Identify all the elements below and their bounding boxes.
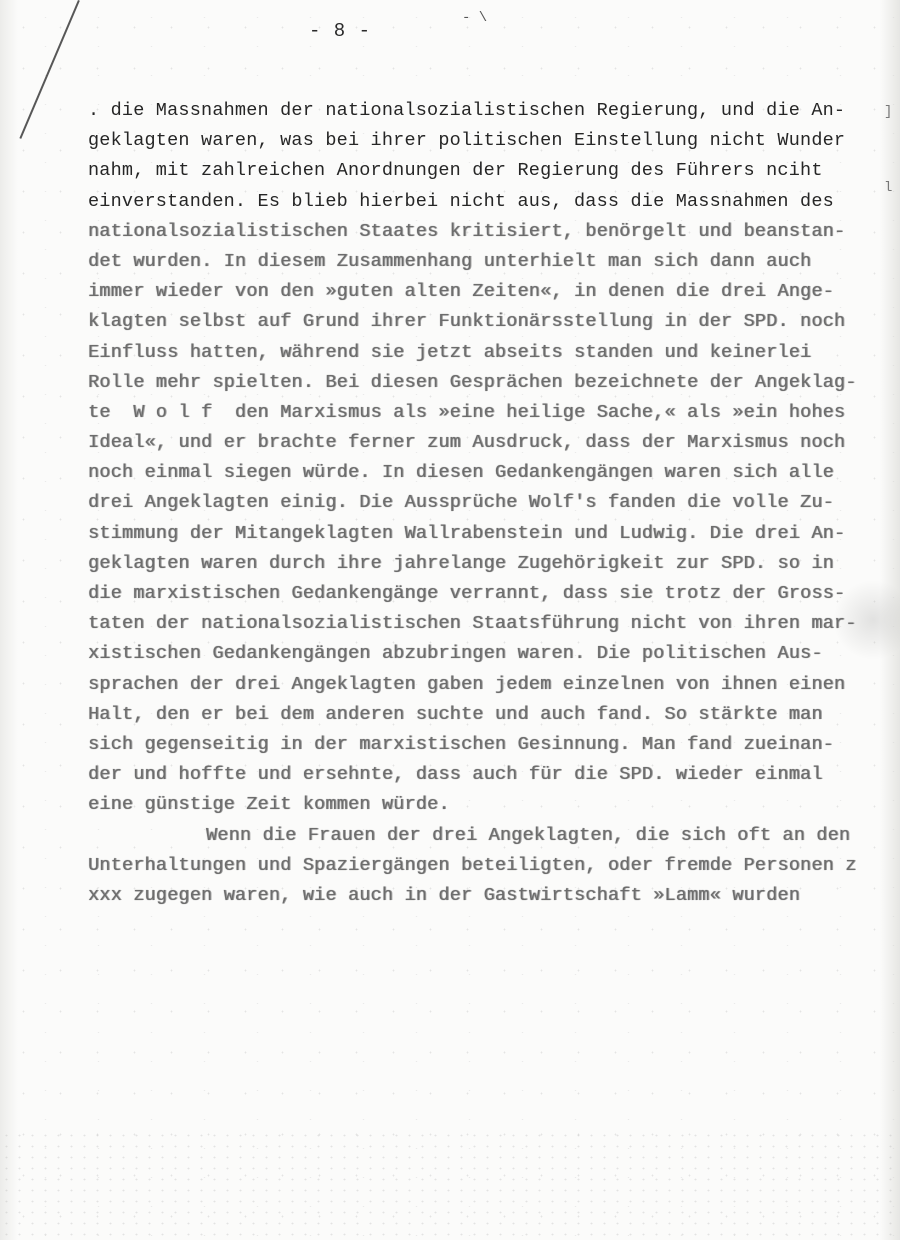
text-line: det wurden. In diesem Zusammenhang unter… <box>88 247 888 277</box>
text-line: sich gegenseitig in der marxistischen Ge… <box>88 730 888 760</box>
text-line: noch einmal siegen würde. In diesen Geda… <box>88 458 888 488</box>
text-line: . die Massnahmen der nationalsozialistis… <box>88 96 888 126</box>
text-line: die marxistischen Gedankengänge verrannt… <box>88 579 888 609</box>
text-line: nationalsozialistischen Staates kritisie… <box>88 217 888 247</box>
text-line: Wenn die Frauen der drei Angeklagten, di… <box>88 821 888 851</box>
text-line: taten der nationalsozialistischen Staats… <box>88 609 888 639</box>
text-line: geklagten waren durch ihre jahrelange Zu… <box>88 549 888 579</box>
text-line: geklagten waren, was bei ihrer politisch… <box>88 126 888 156</box>
scan-mark: - \ <box>462 10 487 26</box>
text-line: einverstanden. Es blieb hierbei nicht au… <box>88 187 888 217</box>
text-line: nahm, mit zahlreichen Anordnungen der Re… <box>88 156 888 186</box>
text-line: sprachen der drei Angeklagten gaben jede… <box>88 670 888 700</box>
text-line: stimmung der Mitangeklagten Wallrabenste… <box>88 519 888 549</box>
text-line: eine günstige Zeit kommen würde. <box>88 790 888 820</box>
text-line: klagten selbst auf Grund ihrer Funktionä… <box>88 307 888 337</box>
scan-noise-bottom <box>0 1130 900 1240</box>
page-number: - 8 - <box>300 20 380 42</box>
text-line: te W o l f den Marxismus als »eine heili… <box>88 398 888 428</box>
text-line: der und hoffte und ersehnte, dass auch f… <box>88 760 888 790</box>
text-line: Rolle mehr spielten. Bei diesen Gespräch… <box>88 368 888 398</box>
text-line: Ideal«, und er brachte ferner zum Ausdru… <box>88 428 888 458</box>
text-line: immer wieder von den »guten alten Zeiten… <box>88 277 888 307</box>
text-line: xxx zugegen waren, wie auch in der Gastw… <box>88 881 888 911</box>
text-line: drei Angeklagten einig. Die Aussprüche W… <box>88 488 888 518</box>
text-line: xistischen Gedankengängen abzubringen wa… <box>88 639 888 669</box>
text-line: Unterhaltungen und Spaziergängen beteili… <box>88 851 888 881</box>
document-body: . die Massnahmen der nationalsozialistis… <box>88 96 888 911</box>
text-line: Halt, den er bei dem anderen suchte und … <box>88 700 888 730</box>
text-line: Einfluss hatten, während sie jetzt absei… <box>88 338 888 368</box>
